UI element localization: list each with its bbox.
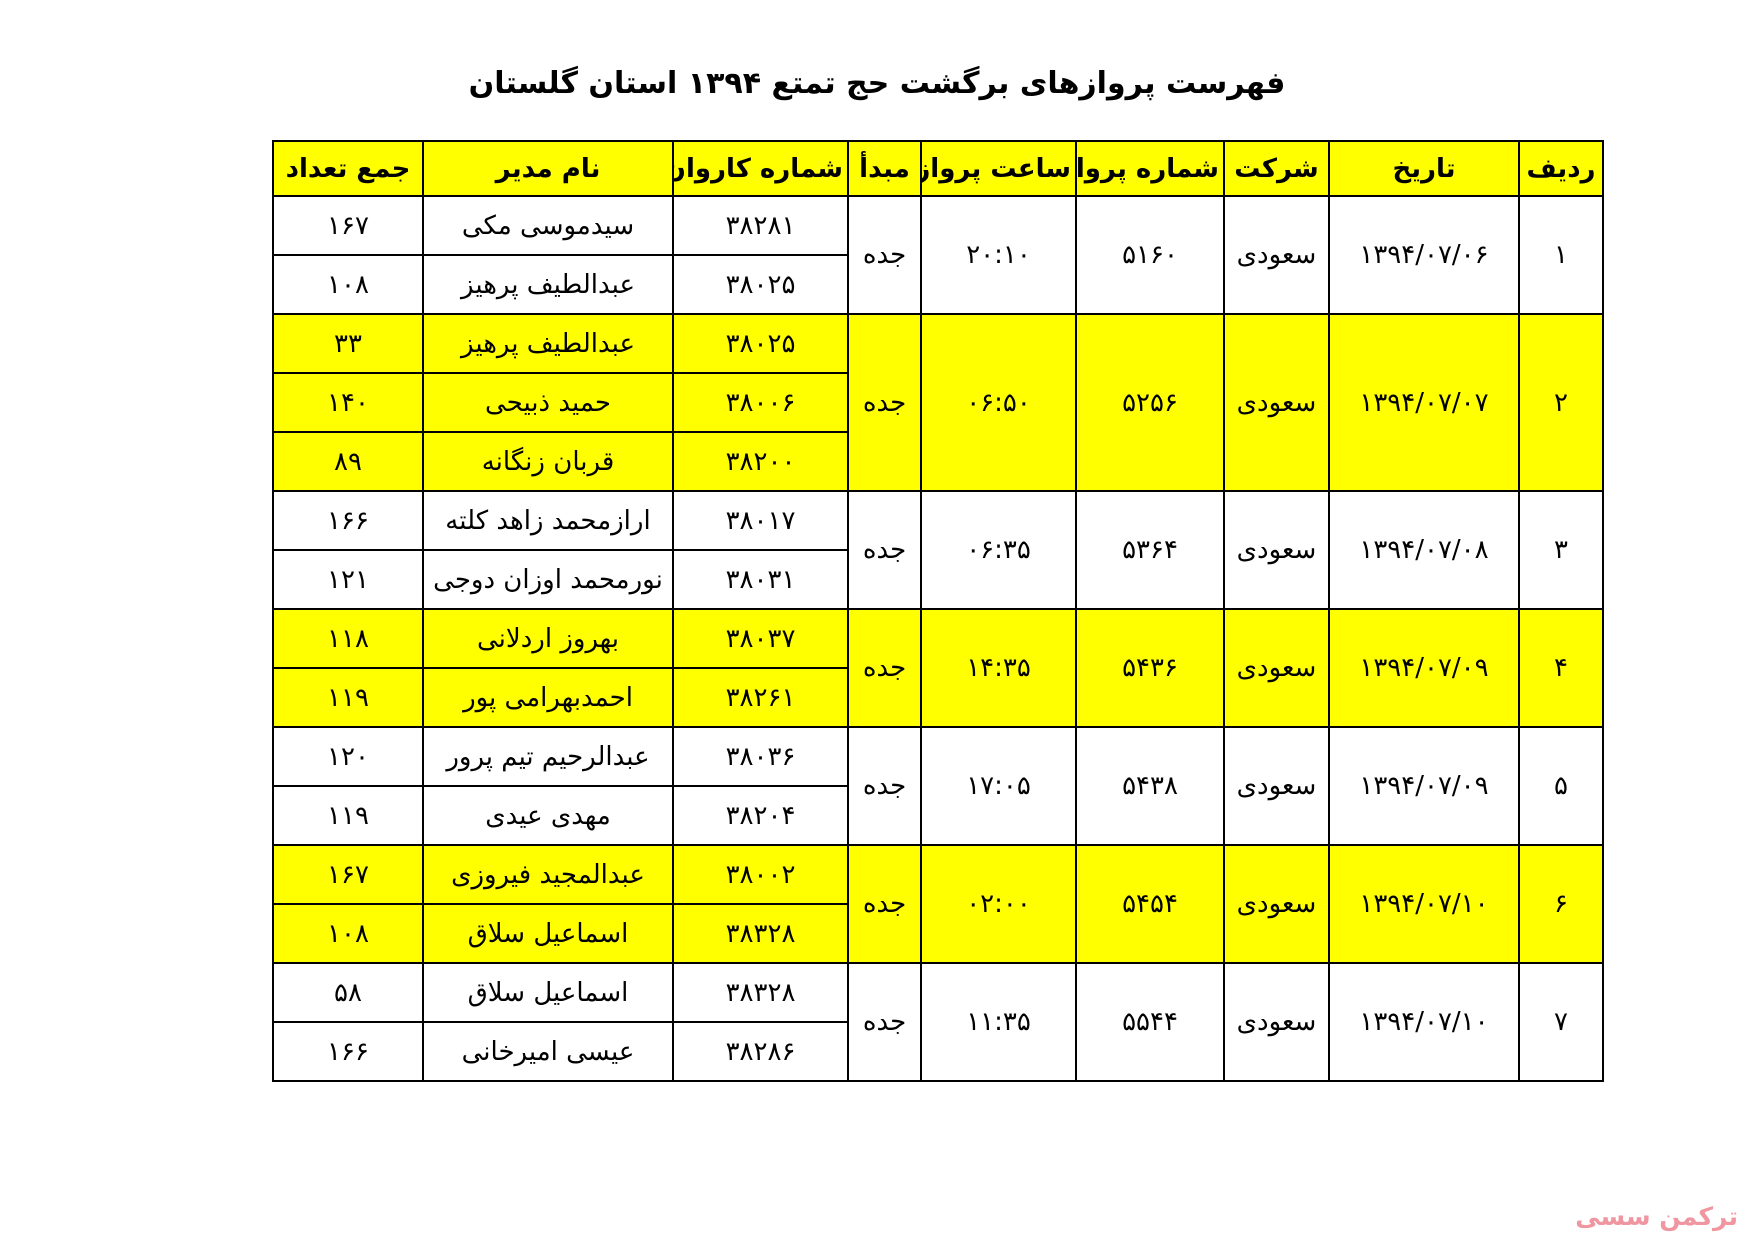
flight-time-cell: ۱۱:۳۵ xyxy=(921,963,1076,1081)
caravan-number-cell: ۳۸۰۰۶ xyxy=(673,373,848,432)
caravan-number-cell: ۳۸۰۱۷ xyxy=(673,491,848,550)
caravan-number-cell: ۳۸۲۶۱ xyxy=(673,668,848,727)
row-number-cell: ۳ xyxy=(1519,491,1603,609)
row-number-cell: ۱ xyxy=(1519,196,1603,314)
flight-number-cell: ۵۲۵۶ xyxy=(1076,314,1224,491)
company-cell: سعودی xyxy=(1224,196,1329,314)
origin-cell: جده xyxy=(848,491,921,609)
origin-cell: جده xyxy=(848,845,921,963)
total-count-cell: ۱۱۸ xyxy=(273,609,423,668)
page-title: فهرست پروازهای برگشت حج تمتع ۱۳۹۴ استان … xyxy=(0,66,1754,101)
flight-group-۶-row-1: ۶۱۳۹۴/۰۷/۱۰سعودی۵۴۵۴۰۲:۰۰جده۳۸۰۰۲عبدالمج… xyxy=(273,845,1603,904)
total-count-cell: ۱۱۹ xyxy=(273,668,423,727)
total-count-cell: ۳۳ xyxy=(273,314,423,373)
flight-number-cell: ۵۳۶۴ xyxy=(1076,491,1224,609)
header-row-number: ردیف xyxy=(1519,141,1603,196)
manager-name-cell: بهروز اردلانی xyxy=(423,609,673,668)
flight-time-cell: ۱۴:۳۵ xyxy=(921,609,1076,727)
total-count-cell: ۱۶۶ xyxy=(273,491,423,550)
date-cell: ۱۳۹۴/۰۷/۰۶ xyxy=(1329,196,1519,314)
manager-name-cell: عبدالطیف پرهیز xyxy=(423,255,673,314)
caravan-number-cell: ۳۸۲۸۶ xyxy=(673,1022,848,1081)
company-cell: سعودی xyxy=(1224,845,1329,963)
company-cell: سعودی xyxy=(1224,963,1329,1081)
manager-name-cell: اسماعیل سلاق xyxy=(423,904,673,963)
total-count-cell: ۱۰۸ xyxy=(273,904,423,963)
row-number-cell: ۶ xyxy=(1519,845,1603,963)
manager-name-cell: عبدالمجید فیروزی xyxy=(423,845,673,904)
manager-name-cell: نورمحمد اوزان دوجی xyxy=(423,550,673,609)
flight-group-۲-row-1: ۲۱۳۹۴/۰۷/۰۷سعودی۵۲۵۶۰۶:۵۰جده۳۸۰۲۵عبدالطی… xyxy=(273,314,1603,373)
manager-name-cell: ارازمحمد زاهد کلته xyxy=(423,491,673,550)
manager-name-cell: عبدالرحیم تیم پرور xyxy=(423,727,673,786)
caravan-number-cell: ۳۸۲۸۱ xyxy=(673,196,848,255)
flight-group-۱-row-1: ۱۱۳۹۴/۰۷/۰۶سعودی۵۱۶۰۲۰:۱۰جده۳۸۲۸۱سیدموسی… xyxy=(273,196,1603,255)
flight-number-cell: ۵۴۳۸ xyxy=(1076,727,1224,845)
manager-name-cell: اسماعیل سلاق xyxy=(423,963,673,1022)
manager-name-cell: مهدی عیدی xyxy=(423,786,673,845)
date-cell: ۱۳۹۴/۰۷/۱۰ xyxy=(1329,845,1519,963)
flight-group-۵-row-1: ۵۱۳۹۴/۰۷/۰۹سعودی۵۴۳۸۱۷:۰۵جده۳۸۰۳۶عبدالرح… xyxy=(273,727,1603,786)
caravan-number-cell: ۳۸۰۳۷ xyxy=(673,609,848,668)
origin-cell: جده xyxy=(848,963,921,1081)
total-count-cell: ۱۶۶ xyxy=(273,1022,423,1081)
manager-name-cell: عبدالطیف پرهیز xyxy=(423,314,673,373)
origin-cell: جده xyxy=(848,314,921,491)
total-count-cell: ۸۹ xyxy=(273,432,423,491)
row-number-cell: ۲ xyxy=(1519,314,1603,491)
origin-cell: جده xyxy=(848,196,921,314)
document-page: { "page": { "title": "فهرست پروازهای برگ… xyxy=(0,0,1754,1241)
caravan-number-cell: ۳۸۲۰۴ xyxy=(673,786,848,845)
watermark-logo: ترکمن سسی xyxy=(1575,1202,1738,1231)
flight-time-cell: ۱۷:۰۵ xyxy=(921,727,1076,845)
caravan-number-cell: ۳۸۰۲۵ xyxy=(673,314,848,373)
caravan-number-cell: ۳۸۰۲۵ xyxy=(673,255,848,314)
header-caravan-number: شماره کاروان xyxy=(673,141,848,196)
header-manager-name: نام مدیر xyxy=(423,141,673,196)
flight-time-cell: ۲۰:۱۰ xyxy=(921,196,1076,314)
total-count-cell: ۱۰۸ xyxy=(273,255,423,314)
flight-time-cell: ۰۶:۳۵ xyxy=(921,491,1076,609)
date-cell: ۱۳۹۴/۰۷/۰۹ xyxy=(1329,727,1519,845)
header-company: شرکت xyxy=(1224,141,1329,196)
flights-table: ردیف تاریخ شرکت شماره پرواز ساعت پرواز م… xyxy=(272,140,1604,1082)
total-count-cell: ۱۲۱ xyxy=(273,550,423,609)
header-origin: مبدأ xyxy=(848,141,921,196)
date-cell: ۱۳۹۴/۰۷/۱۰ xyxy=(1329,963,1519,1081)
row-number-cell: ۷ xyxy=(1519,963,1603,1081)
header-total-count: جمع تعداد xyxy=(273,141,423,196)
company-cell: سعودی xyxy=(1224,314,1329,491)
header-row: ردیف تاریخ شرکت شماره پرواز ساعت پرواز م… xyxy=(273,141,1603,196)
flight-number-cell: ۵۴۳۶ xyxy=(1076,609,1224,727)
total-count-cell: ۱۱۹ xyxy=(273,786,423,845)
company-cell: سعودی xyxy=(1224,491,1329,609)
caravan-number-cell: ۳۸۳۲۸ xyxy=(673,963,848,1022)
total-count-cell: ۵۸ xyxy=(273,963,423,1022)
header-flight-number: شماره پرواز xyxy=(1076,141,1224,196)
flight-number-cell: ۵۵۴۴ xyxy=(1076,963,1224,1081)
total-count-cell: ۱۴۰ xyxy=(273,373,423,432)
manager-name-cell: احمدبهرامی پور xyxy=(423,668,673,727)
total-count-cell: ۱۶۷ xyxy=(273,196,423,255)
flight-time-cell: ۰۶:۵۰ xyxy=(921,314,1076,491)
total-count-cell: ۱۲۰ xyxy=(273,727,423,786)
caravan-number-cell: ۳۸۰۳۶ xyxy=(673,727,848,786)
origin-cell: جده xyxy=(848,727,921,845)
flight-number-cell: ۵۱۶۰ xyxy=(1076,196,1224,314)
caravan-number-cell: ۳۸۰۰۲ xyxy=(673,845,848,904)
flight-group-۴-row-1: ۴۱۳۹۴/۰۷/۰۹سعودی۵۴۳۶۱۴:۳۵جده۳۸۰۳۷بهروز ا… xyxy=(273,609,1603,668)
flight-number-cell: ۵۴۵۴ xyxy=(1076,845,1224,963)
date-cell: ۱۳۹۴/۰۷/۰۸ xyxy=(1329,491,1519,609)
row-number-cell: ۴ xyxy=(1519,609,1603,727)
manager-name-cell: عیسی امیرخانی xyxy=(423,1022,673,1081)
flight-group-۷-row-1: ۷۱۳۹۴/۰۷/۱۰سعودی۵۵۴۴۱۱:۳۵جده۳۸۳۲۸اسماعیل… xyxy=(273,963,1603,1022)
header-flight-time: ساعت پرواز xyxy=(921,141,1076,196)
caravan-number-cell: ۳۸۰۳۱ xyxy=(673,550,848,609)
caravan-number-cell: ۳۸۳۲۸ xyxy=(673,904,848,963)
flight-group-۳-row-1: ۳۱۳۹۴/۰۷/۰۸سعودی۵۳۶۴۰۶:۳۵جده۳۸۰۱۷ارازمحم… xyxy=(273,491,1603,550)
date-cell: ۱۳۹۴/۰۷/۰۹ xyxy=(1329,609,1519,727)
header-date: تاریخ xyxy=(1329,141,1519,196)
manager-name-cell: سیدموسی مکی xyxy=(423,196,673,255)
company-cell: سعودی xyxy=(1224,609,1329,727)
origin-cell: جده xyxy=(848,609,921,727)
total-count-cell: ۱۶۷ xyxy=(273,845,423,904)
flight-time-cell: ۰۲:۰۰ xyxy=(921,845,1076,963)
date-cell: ۱۳۹۴/۰۷/۰۷ xyxy=(1329,314,1519,491)
manager-name-cell: قربان زنگانه xyxy=(423,432,673,491)
manager-name-cell: حمید ذبیحی xyxy=(423,373,673,432)
company-cell: سعودی xyxy=(1224,727,1329,845)
caravan-number-cell: ۳۸۲۰۰ xyxy=(673,432,848,491)
row-number-cell: ۵ xyxy=(1519,727,1603,845)
